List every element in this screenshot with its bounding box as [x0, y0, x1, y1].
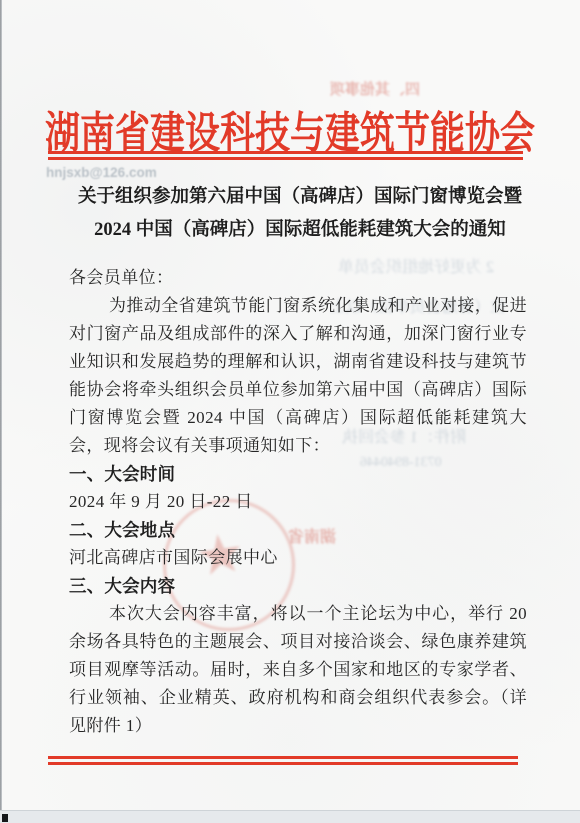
section-2-heading: 二、大会地点: [69, 516, 527, 544]
letterhead-divider: [48, 151, 523, 160]
section-1-text: 2024 年 9 月 20 日-22 日: [69, 488, 527, 516]
bleedthrough-text-other-items: 四、其他事项: [330, 78, 420, 99]
scan-edge-bottom: [0, 810, 580, 823]
scanned-notice-page: 四、其他事项 hnjsxb@126.com 2 为更好地组织会员单 位（普通会员…: [0, 0, 580, 823]
section-2-text: 河北高碑店市国际会展中心: [69, 544, 527, 572]
section-1-heading: 一、大会时间: [69, 460, 527, 488]
intro-paragraph: 为推动全省建筑节能门窗系统化集成和产业对接，促进对门窗产品及组成部件的深入了解和…: [69, 292, 527, 460]
scan-edge-left: [0, 0, 2, 823]
section-3-heading: 三、大会内容: [69, 572, 527, 600]
section-3-text: 本次大会内容丰富，将以一个主论坛为中心，举行 20 余场各具特色的主题展会、项目…: [69, 600, 527, 740]
scan-corner-artifact: [2, 814, 8, 822]
notice-body: 各会员单位： 为推动全省建筑节能门窗系统化集成和产业对接，促进对门窗产品及组成部…: [69, 264, 527, 740]
document-title-line-1: 关于组织参加第六届中国（高碑店）国际门窗博览会暨: [40, 181, 560, 214]
bleedthrough-email-text: hnjsxb@126.com: [46, 165, 157, 180]
document-title-line-2: 2024 中国（高碑店）国际超低能耗建筑大会的通知: [40, 214, 560, 247]
document-title: 关于组织参加第六届中国（高碑店）国际门窗博览会暨 2024 中国（高碑店）国际超…: [40, 181, 560, 247]
footer-divider: [48, 756, 518, 765]
salutation: 各会员单位：: [69, 264, 527, 292]
